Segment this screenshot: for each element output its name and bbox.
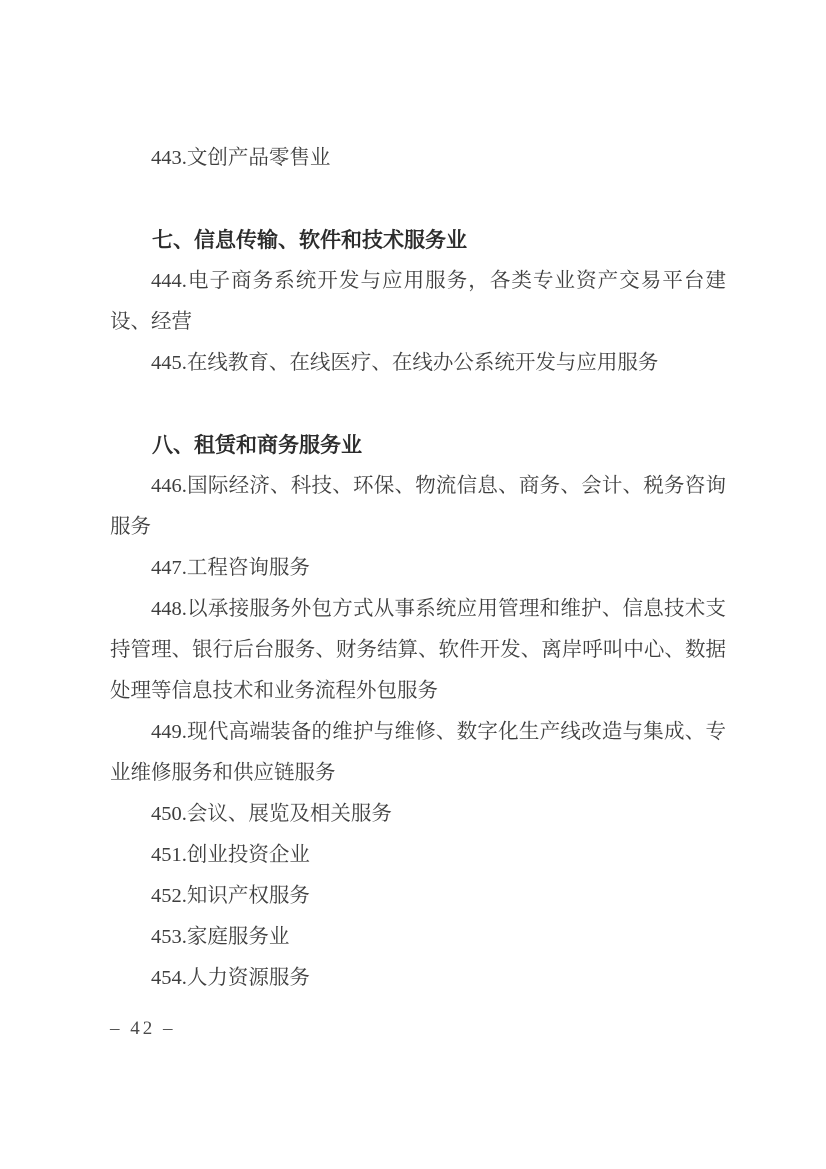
list-item-454: 454.人力资源服务 (110, 958, 726, 999)
item-number: 443. (151, 147, 187, 169)
item-text: 创业投资企业 (187, 844, 310, 866)
item-number: 445. (151, 352, 187, 374)
item-text: 电子商务系统开发与应用服务，各类专业资产交易平台建设、经营 (110, 270, 726, 333)
item-text: 以承接服务外包方式从事系统应用管理和维护、信息技术支持管理、银行后台服务、财务结… (110, 598, 726, 702)
item-text: 现代高端装备的维护与维修、数字化生产线改造与集成、专业维修服务和供应链服务 (110, 721, 726, 784)
item-text: 文创产品零售业 (187, 147, 331, 169)
section-heading-8: 八、租赁和商务服务业 (110, 425, 726, 466)
list-item-453: 453.家庭服务业 (110, 917, 726, 958)
item-text: 国际经济、科技、环保、物流信息、商务、会计、税务咨询服务 (110, 475, 726, 538)
document-content: 443.文创产品零售业 七、信息传输、软件和技术服务业 444.电子商务系统开发… (110, 138, 726, 999)
item-number: 453. (151, 926, 187, 948)
section-heading-7: 七、信息传输、软件和技术服务业 (110, 220, 726, 261)
page-number: – 42 – (110, 1016, 176, 1042)
item-number: 450. (151, 803, 187, 825)
list-item-452: 452.知识产权服务 (110, 876, 726, 917)
item-text: 人力资源服务 (187, 967, 310, 989)
list-item-446: 446.国际经济、科技、环保、物流信息、商务、会计、税务咨询服务 (110, 466, 726, 548)
item-text: 知识产权服务 (187, 885, 310, 907)
list-item-448: 448.以承接服务外包方式从事系统应用管理和维护、信息技术支持管理、银行后台服务… (110, 589, 726, 712)
list-item-447: 447.工程咨询服务 (110, 548, 726, 589)
list-item-443: 443.文创产品零售业 (110, 138, 726, 179)
item-number: 449. (151, 721, 187, 743)
list-item-451: 451.创业投资企业 (110, 835, 726, 876)
item-text: 在线教育、在线医疗、在线办公系统开发与应用服务 (187, 352, 659, 374)
item-text: 工程咨询服务 (187, 557, 310, 579)
item-text: 会议、展览及相关服务 (187, 803, 392, 825)
item-number: 451. (151, 844, 187, 866)
item-text: 家庭服务业 (187, 926, 290, 948)
document-page: 443.文创产品零售业 七、信息传输、软件和技术服务业 444.电子商务系统开发… (0, 0, 826, 1169)
list-item-449: 449.现代高端装备的维护与维修、数字化生产线改造与集成、专业维修服务和供应链服… (110, 712, 726, 794)
list-item-445: 445.在线教育、在线医疗、在线办公系统开发与应用服务 (110, 343, 726, 384)
section-7: 七、信息传输、软件和技术服务业 444.电子商务系统开发与应用服务，各类专业资产… (110, 220, 726, 384)
list-item-450: 450.会议、展览及相关服务 (110, 794, 726, 835)
item-number: 447. (151, 557, 187, 579)
item-number: 452. (151, 885, 187, 907)
list-item-444: 444.电子商务系统开发与应用服务，各类专业资产交易平台建设、经营 (110, 261, 726, 343)
item-number: 454. (151, 967, 187, 989)
section-8: 八、租赁和商务服务业 446.国际经济、科技、环保、物流信息、商务、会计、税务咨… (110, 425, 726, 999)
item-number: 444. (151, 270, 187, 292)
item-number: 448. (151, 598, 187, 620)
item-number: 446. (151, 475, 187, 497)
